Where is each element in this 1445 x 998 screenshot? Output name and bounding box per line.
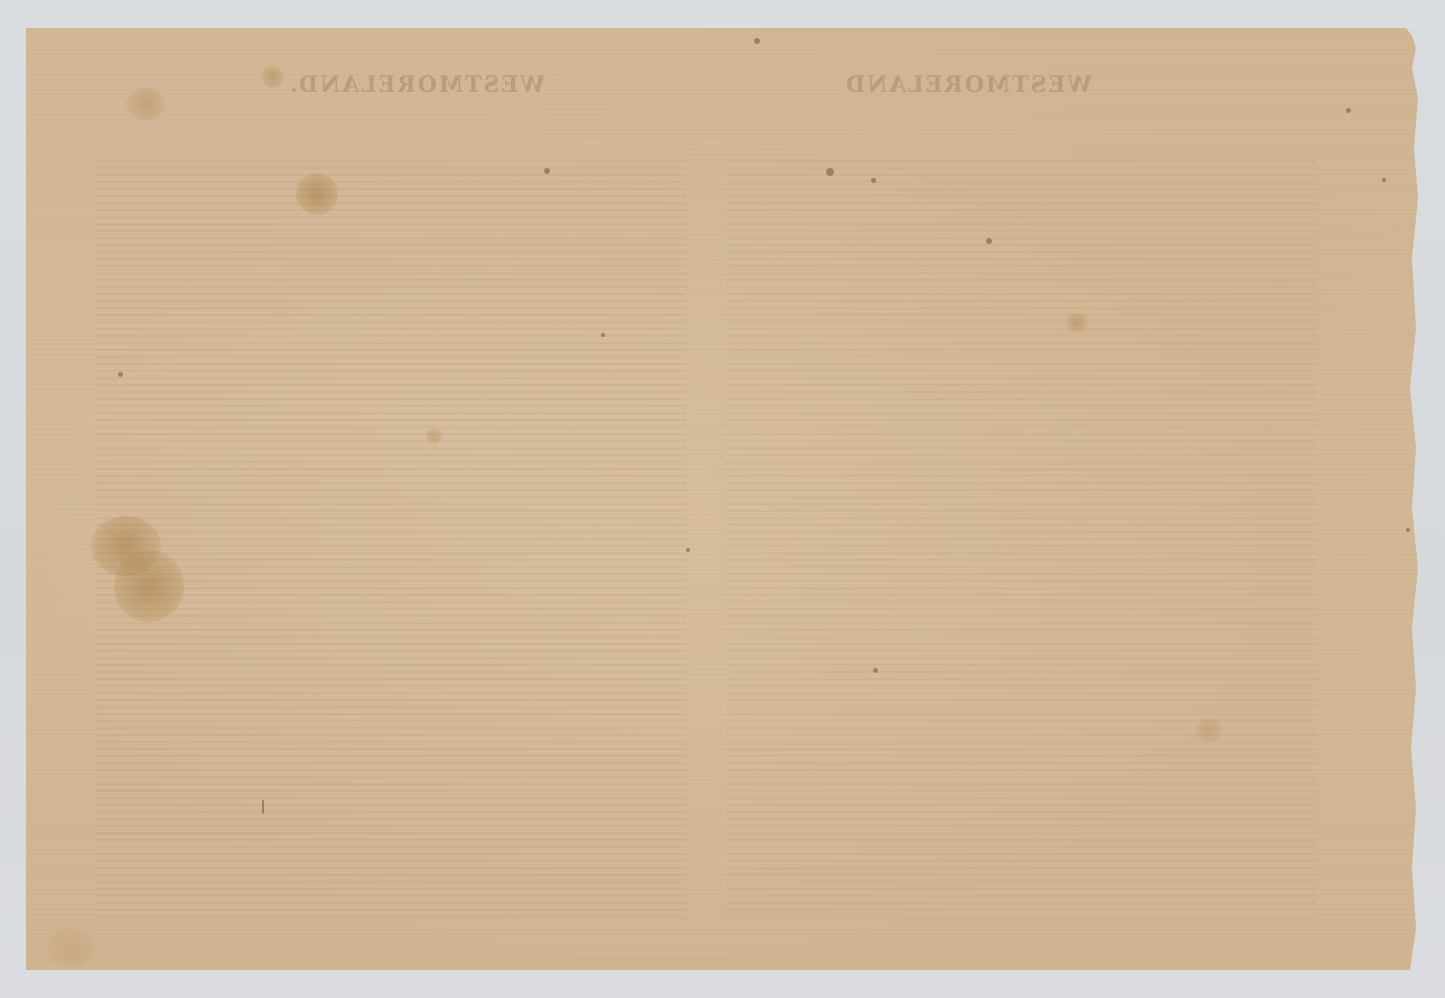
speck [873,668,878,673]
paper-sheet: WESTMORELAND. WESTMORELAND [26,28,1418,970]
mirrored-header-left: WESTMORELAND. [288,72,545,98]
speck [871,178,876,183]
speck [686,548,690,552]
speck [544,168,550,174]
stain [296,173,338,215]
speck [1406,528,1410,532]
stain [426,428,442,444]
stain [126,88,166,120]
speck [601,333,605,337]
speck [986,238,992,244]
show-through-text-right-column [726,158,1316,918]
stain [114,550,184,622]
speck [118,372,123,377]
speck [754,38,760,44]
mirrored-header-right: WESTMORELAND [844,72,1092,98]
speck [262,800,264,814]
stain [1066,313,1088,333]
speck [1346,108,1351,113]
speck [1382,178,1386,182]
stain [1196,718,1222,742]
stain [46,928,96,968]
stain [262,66,284,88]
speck [826,168,834,176]
show-through-text-left-column [96,158,686,918]
